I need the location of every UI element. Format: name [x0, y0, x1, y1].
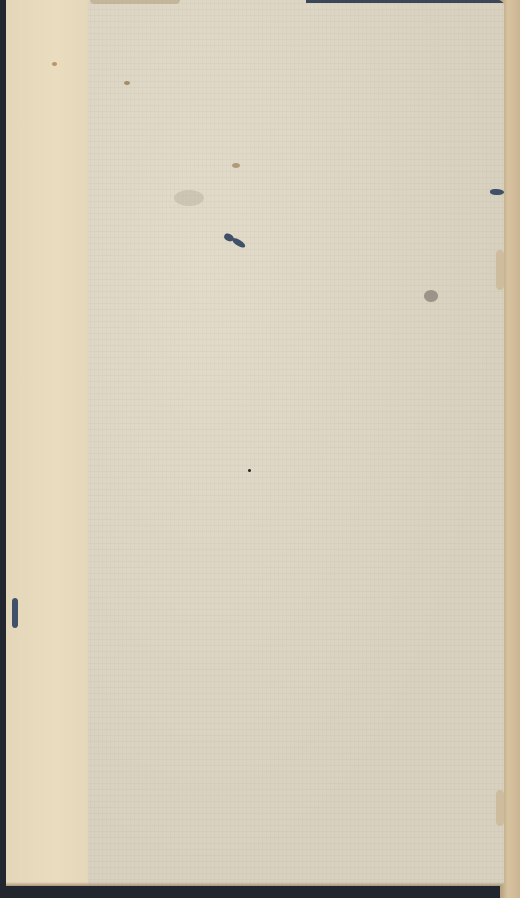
scanned-page-view	[0, 0, 520, 898]
stain-mark	[52, 62, 57, 66]
ink-blot	[12, 598, 18, 628]
book-page	[6, 0, 504, 886]
page-edge-tear	[496, 250, 504, 290]
top-edge-shadow	[306, 0, 504, 3]
binding-margin-strip	[6, 0, 88, 886]
top-fold-mark	[90, 0, 180, 4]
page-edge-tear	[496, 790, 504, 826]
page-bottom-edge	[6, 882, 504, 886]
ink-blot	[490, 189, 504, 195]
page-content-area	[106, 40, 474, 846]
